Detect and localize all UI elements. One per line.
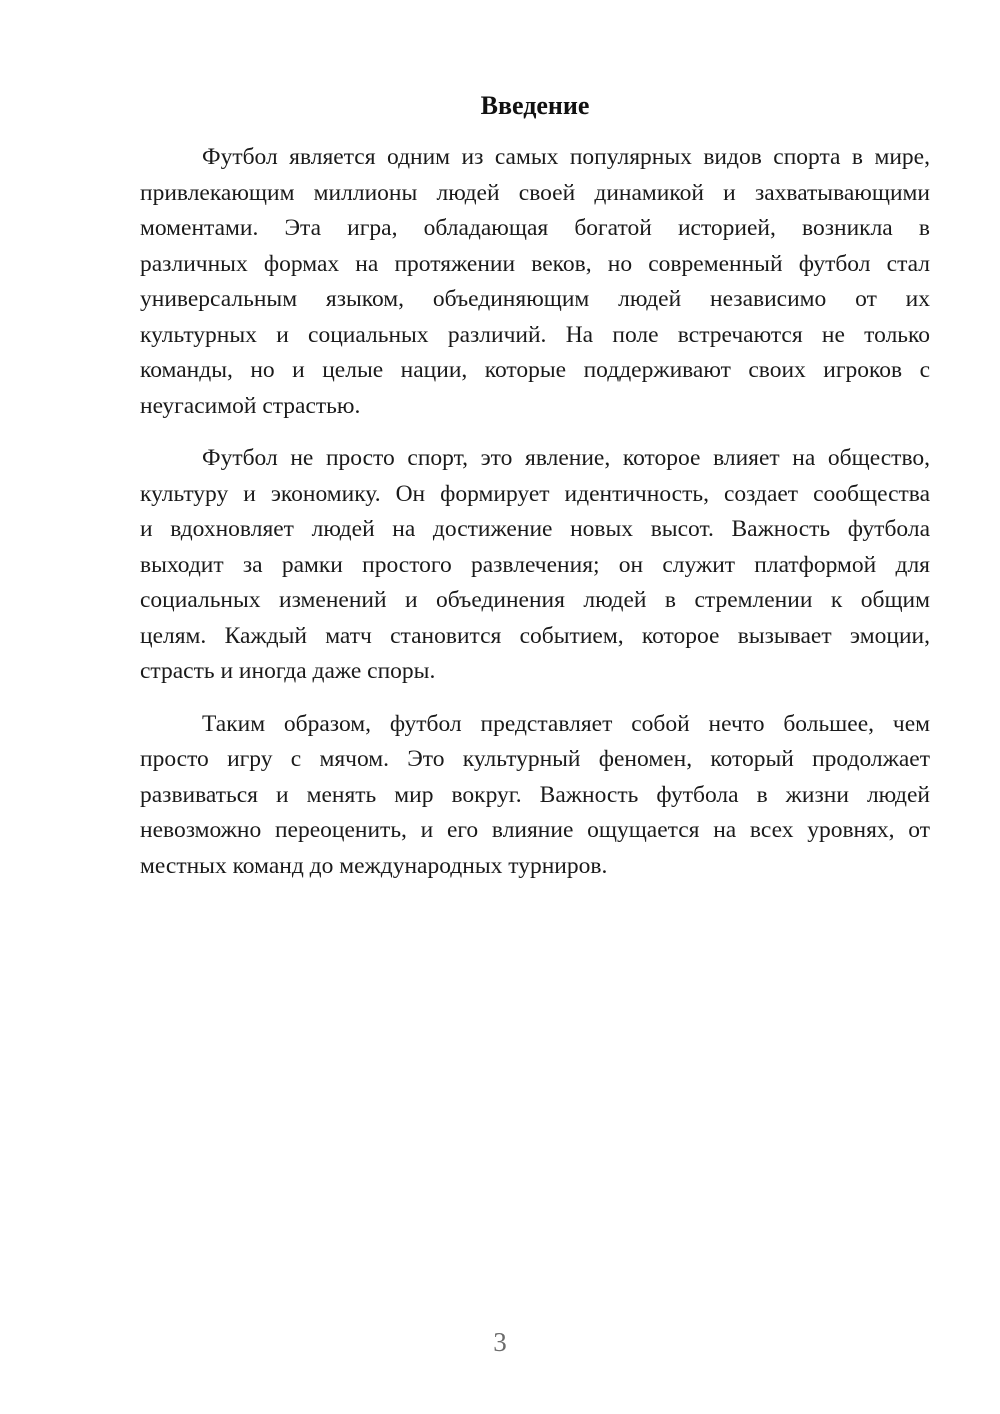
text-line: культурных и социальных различий. На пол… [140,318,930,354]
text-line: Футбол является одним из самых популярны… [140,140,930,176]
text-line: местных команд до международных турниров… [140,849,930,885]
text-line: выходит за рамки простого развлечения; о… [140,548,930,584]
text-line: Футбол не просто спорт, это явление, кот… [140,441,930,477]
page-title: Введение [140,88,930,124]
text-line: Таким образом, футбол представляет собой… [140,707,930,743]
paragraph: Футбол не просто спорт, это явление, кот… [140,441,930,690]
document-body: Футбол является одним из самых популярны… [140,140,930,884]
text-line: различных формах на протяжении веков, но… [140,247,930,283]
text-line: команды, но и целые нации, которые подде… [140,353,930,389]
text-line: привлекающим миллионы людей своей динами… [140,176,930,212]
text-line: развиваться и менять мир вокруг. Важност… [140,778,930,814]
text-line: и вдохновляет людей на достижение новых … [140,512,930,548]
text-line: страсть и иногда даже споры. [140,654,930,690]
text-line: неугасимой страстью. [140,389,930,425]
text-line: универсальным языком, объединяющим людей… [140,282,930,318]
document-content: Введение Футбол является одним из самых … [140,88,930,901]
page-number: 3 [0,1326,1000,1358]
paragraph: Футбол является одним из самых популярны… [140,140,930,424]
text-line: просто игру с мячом. Это культурный фено… [140,742,930,778]
paragraph: Таким образом, футбол представляет собой… [140,707,930,885]
text-line: социальных изменений и объединения людей… [140,583,930,619]
text-line: культуру и экономику. Он формирует идент… [140,477,930,513]
text-line: моментами. Эта игра, обладающая богатой … [140,211,930,247]
text-line: невозможно переоценить, и его влияние ощ… [140,813,930,849]
document-page: Введение Футбол является одним из самых … [0,0,1000,1414]
text-line: целям. Каждый матч становится событием, … [140,619,930,655]
